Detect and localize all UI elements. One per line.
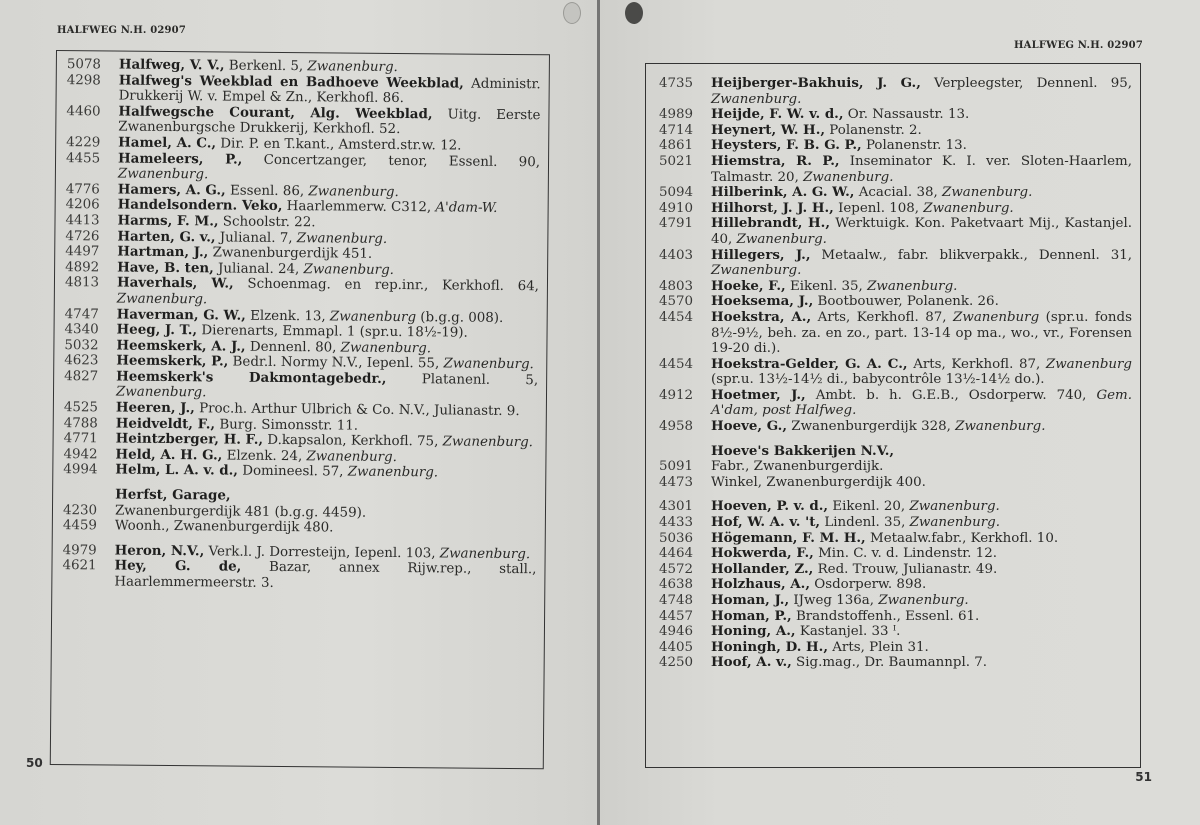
entry-text: Hoekstra-Gelder, G. A. C., Arts, Kerkhof… <box>711 357 1132 388</box>
entry-text: Hillebrandt, H., Werktuigk. Kon. Paketva… <box>711 216 1132 247</box>
entry-place: Zwanenburg. <box>923 201 1013 216</box>
directory-entry: 4748Homan, J., IJweg 136a, Zwanenburg. <box>659 593 1132 609</box>
phone-number: 4726 <box>65 229 117 245</box>
subscriber-name: Homan, P., <box>711 608 792 624</box>
directory-entry: 4958Hoeve, G., Zwanenburgerdijk 328, Zwa… <box>659 419 1132 435</box>
phone-number: 4229 <box>66 135 118 151</box>
entry-place: Zwanenburg. <box>440 546 530 562</box>
phone-number: 4433 <box>659 515 711 531</box>
phone-number: 4912 <box>659 388 711 404</box>
entry-text: Hoeke, F., Eikenl. 35, Zwanenburg. <box>711 279 1132 295</box>
subscriber-name: Hoeksema, J., <box>711 293 813 309</box>
phone-number: 4301 <box>659 499 711 515</box>
entry-text: Heemskerk's Dakmontagebedr., Platanenl. … <box>116 369 538 404</box>
entry-detail: Min. C. v. d. Lindenstr. 12. <box>818 546 997 561</box>
subscriber-name: Hamers, A. G., <box>118 181 226 198</box>
entry-text: Heysters, F. B. G. P., Polanenstr. 13. <box>711 138 1132 154</box>
page-number: 50 <box>26 756 43 770</box>
running-head: HALFWEG N.H. 02907 <box>57 25 186 36</box>
subscriber-name: Hey, G. de, <box>114 558 241 575</box>
entry-text: Hiemstra, R. P., Inseminator K. I. ver. … <box>711 154 1132 185</box>
phone-number: 4230 <box>63 503 115 519</box>
subscriber-name: Hillebrandt, H., <box>711 215 830 231</box>
entry-place: Zwanenburg <box>330 309 416 325</box>
subscriber-name: Hoekstra, A., <box>711 309 811 325</box>
entry-place: Zwanenburg <box>1046 357 1132 372</box>
phone-number: 4623 <box>64 353 116 369</box>
entry-detail: Red. Trouw, Julianastr. 49. <box>818 562 998 577</box>
entry-text: Halfwegsche Courant, Alg. Weekblad, Uitg… <box>118 104 540 139</box>
entry-detail: Burg. Simonsstr. 11. <box>219 417 358 433</box>
entry-detail: Polanenstr. 13. <box>866 138 967 153</box>
entry-detail: Lindenl. 35, <box>824 515 905 530</box>
entry-place: Zwanenburg. <box>348 465 438 481</box>
directory-entry: 4454Hoekstra-Gelder, G. A. C., Arts, Ker… <box>659 357 1132 388</box>
phone-number: 4788 <box>64 416 116 432</box>
entry-place: Zwanenburg. <box>341 340 431 356</box>
running-head: HALFWEG N.H. 02907 <box>1014 40 1143 51</box>
subscriber-name: Honingh, D. H., <box>711 639 828 655</box>
entry-text: Hoekstra, A., Arts, Kerkhofl. 87, Zwanen… <box>711 310 1132 357</box>
subscriber-name: Held, A. H. G., <box>115 446 222 463</box>
entry-place: Zwanenburg. <box>803 170 893 185</box>
phone-number: 4572 <box>659 562 711 578</box>
entry-detail: Zwanenburgerdijk 481 (b.g.g. 4459). <box>115 503 366 520</box>
directory-entry: 4464Hokwerda, F., Min. C. v. d. Lindenst… <box>659 546 1132 562</box>
entry-place: Zwanenburg. <box>942 185 1032 200</box>
subscriber-name: Hilberink, A. G. W., <box>711 184 854 200</box>
group-heading-row: Hoeve's Bakkerijen N.V., <box>659 444 1132 460</box>
punch-hole-icon <box>563 2 581 24</box>
phone-number: 4771 <box>64 431 116 447</box>
phone-number: 4497 <box>65 244 117 260</box>
directory-entry: 4405Honingh, D. H., Arts, Plein 31. <box>659 640 1132 656</box>
entry-detail: Eikenl. 20, <box>832 499 905 514</box>
subscriber-name: Heijde, F. W. v. d., <box>711 106 844 122</box>
entry-place: Zwanenburg <box>953 310 1039 325</box>
entry-detail: Acacial. 38, <box>859 185 938 200</box>
entry-place: Zwanenburg. <box>909 499 999 514</box>
entry-text: Winkel, Zwanenburgerdijk 400. <box>711 475 1132 491</box>
subscriber-name: Hamel, A. C., <box>118 135 216 152</box>
entry-text: Fabr., Zwanenburgerdijk. <box>711 459 1132 475</box>
phone-number: 5078 <box>67 57 119 73</box>
entry-text: Haverhals, W., Schoenmag. en rep.inr., K… <box>117 276 539 311</box>
entry-detail: Woonh., Zwanenburgerdijk 480. <box>115 519 334 536</box>
directory-entry: 4912Hoetmer, J., Ambt. b. h. G.E.B., Osd… <box>659 388 1132 419</box>
subscriber-name: Hollander, Z., <box>711 561 813 577</box>
entry-text: Hilhorst, J. J. H., Iepenl. 108, Zwanenb… <box>711 201 1132 217</box>
entry-detail: Arts, Plein 31. <box>832 640 929 655</box>
entry-detail: Julianal. 24, <box>218 261 299 277</box>
entry-place: Zwanenburg. <box>118 167 208 183</box>
entry-text: Helm, L. A. v. d., Domineesl. 57, Zwanen… <box>115 463 537 482</box>
phone-number: 5094 <box>659 185 711 201</box>
entry-detail: D.kapsalon, Kerkhofl. 75, <box>267 433 438 449</box>
phone-number: 4803 <box>659 279 711 295</box>
subscriber-name: Hilhorst, J. J. H., <box>711 200 834 216</box>
entry-place: Zwanenburg. <box>711 263 801 278</box>
entry-detail: Brandstoffenh., Essenl. 61. <box>796 609 979 624</box>
phone-number: 4748 <box>659 593 711 609</box>
subscriber-name: Högemann, F. M. H., <box>711 530 866 546</box>
phone-number: 4405 <box>659 640 711 656</box>
entry-place: Zwanenburg. <box>307 59 397 75</box>
directory-entry: 4572Hollander, Z., Red. Trouw, Julianast… <box>659 562 1132 578</box>
directory-entry: 4301Hoeven, P. v. d., Eikenl. 20, Zwanen… <box>659 499 1132 515</box>
phone-number: 4979 <box>63 543 115 559</box>
phone-number: 4813 <box>65 275 117 291</box>
entry-text: Hoeven, P. v. d., Eikenl. 20, Zwanenburg… <box>711 499 1132 515</box>
entry-detail: Ambt. b. h. G.E.B., Osdorperw. 740, <box>816 388 1087 403</box>
subscriber-name: Helm, L. A. v. d., <box>115 462 238 479</box>
group-heading: Hoeve's Bakkerijen N.V., <box>711 444 1132 460</box>
book-spread: HALFWEG N.H. 02907 5078Halfweg, V. V., B… <box>0 0 1200 825</box>
entry-place: Zwanenburg. <box>955 419 1045 434</box>
entry-place: Zwanenburg. <box>117 291 207 307</box>
entry-detail: Dir. P. en T.kant., Amsterd.str.w. 12. <box>220 136 461 153</box>
entry-place: Zwanenburg. <box>443 357 533 373</box>
entry-place: Zwanenburg. <box>304 262 394 278</box>
phone-number: 4776 <box>66 182 118 198</box>
entry-place: Zwanenburg. <box>443 435 533 451</box>
subscriber-name: Honing, A., <box>711 623 796 639</box>
entry-place: A'dam-W. <box>435 201 497 217</box>
entry-text: Heijberger-Bakhuis, J. G., Verpleegster,… <box>711 76 1132 107</box>
directory-entry: 4803Hoeke, F., Eikenl. 35, Zwanenburg. <box>659 279 1132 295</box>
entry-text: Hof, W. A. v. 't, Lindenl. 35, Zwanenbur… <box>711 515 1132 531</box>
entry-text: Högemann, F. M. H., Metaalw.fabr., Kerkh… <box>711 531 1132 547</box>
directory-entry: 4638Holzhaus, A., Osdorperw. 898. <box>659 577 1132 593</box>
subscriber-name: Heemskerk, A. J., <box>116 337 245 354</box>
entry-text: Heynert, W. H., Polanenstr. 2. <box>711 123 1132 139</box>
entry-text: Hillegers, J., Metaalw., fabr. blikverpa… <box>711 248 1132 279</box>
directory-entry: 4994Helm, L. A. v. d., Domineesl. 57, Zw… <box>63 463 537 483</box>
entry-detail: Concertzanger, tenor, Essenl. 90, <box>264 152 541 169</box>
entry-detail: Schoolstr. 22. <box>223 214 316 230</box>
directory-entry: 4454Hoekstra, A., Arts, Kerkhofl. 87, Zw… <box>659 310 1132 357</box>
binding-gutter <box>597 0 600 825</box>
directory-entry: 4403Hillegers, J., Metaalw., fabr. blikv… <box>659 248 1132 279</box>
subscriber-name: Heysters, F. B. G. P., <box>711 137 862 153</box>
entry-detail: IJweg 136a, <box>793 593 874 608</box>
directory-entry: 5091Fabr., Zwanenburgerdijk. <box>659 459 1132 475</box>
entry-text: Hoetmer, J., Ambt. b. h. G.E.B., Osdorpe… <box>711 388 1132 419</box>
entry-detail: Fabr., Zwanenburgerdijk. <box>711 459 883 474</box>
entry-text: Woonh., Zwanenburgerdijk 480. <box>115 519 537 538</box>
entry-text: Hoeve, G., Zwanenburgerdijk 328, Zwanenb… <box>711 419 1132 435</box>
phone-number: 4910 <box>659 201 711 217</box>
entry-place: Zwanenburg. <box>297 231 387 247</box>
phone-number: 4714 <box>659 123 711 139</box>
directory-box: 5078Halfweg, V. V., Berkenl. 5, Zwanenbu… <box>50 50 550 769</box>
phone-number: 5032 <box>64 338 116 354</box>
entry-text: Hollander, Z., Red. Trouw, Julianastr. 4… <box>711 562 1132 578</box>
phone-number: 5036 <box>659 531 711 547</box>
entry-text: Hoeksema, J., Bootbouwer, Polanenk. 26. <box>711 294 1132 310</box>
subscriber-name: Heintzberger, H. F., <box>116 431 264 448</box>
subscriber-name: Hoeve, G., <box>711 418 787 434</box>
entry-detail: Metaalw.fabr., Kerkhofl. 10. <box>870 531 1058 546</box>
directory-entry: 4714Heynert, W. H., Polanenstr. 2. <box>659 123 1132 139</box>
subscriber-name: Holzhaus, A., <box>711 576 810 592</box>
right-page: HALFWEG N.H. 02907 4735Heijberger-Bakhui… <box>600 0 1200 825</box>
subscriber-name: Halfwegsche Courant, Alg. Weekblad, <box>118 103 432 122</box>
subscriber-name: Haverman, G. W., <box>117 306 246 323</box>
subscriber-name: Have, B. ten, <box>117 259 214 276</box>
directory-entry: 4433Hof, W. A. v. 't, Lindenl. 35, Zwane… <box>659 515 1132 531</box>
entry-detail: Iepenl. 108, <box>838 201 919 216</box>
entry-detail: Verpleegster, Dennenl. 95, <box>934 76 1132 91</box>
entry-list: 5078Halfweg, V. V., Berkenl. 5, Zwanenbu… <box>62 57 541 594</box>
directory-entry: 5036Högemann, F. M. H., Metaalw.fabr., K… <box>659 531 1132 547</box>
directory-entry: 4989Heijde, F. W. v. d., Or. Nassaustr. … <box>659 107 1132 123</box>
directory-entry: 4570Hoeksema, J., Bootbouwer, Polanenk. … <box>659 294 1132 310</box>
subscriber-name: Heijberger-Bakhuis, J. G., <box>711 75 921 91</box>
entry-text: Honingh, D. H., Arts, Plein 31. <box>711 640 1132 656</box>
directory-entry: 4946Honing, A., Kastanjel. 33 ᴵ. <box>659 624 1132 640</box>
entry-detail: Zwanenburgerdijk 451. <box>213 245 373 261</box>
phone-number: 4460 <box>66 104 118 120</box>
phone-number: 4946 <box>659 624 711 640</box>
phone-number: 4454 <box>659 310 711 326</box>
subscriber-name: Haverhals, W., <box>117 275 234 292</box>
phone-number: 4942 <box>63 447 115 463</box>
subscriber-name: Heeren, J., <box>116 400 195 417</box>
subscriber-name: Hoeven, P. v. d., <box>711 498 828 514</box>
subscriber-name: Heeg, J. T., <box>116 322 197 339</box>
directory-box: 4735Heijberger-Bakhuis, J. G., Verpleegs… <box>645 63 1141 768</box>
entry-suffix: (spr.u. 13½-14½ di., babycontrôle 13½-14… <box>711 372 1045 387</box>
entry-detail: Haarlemmerw. C312, <box>287 199 432 215</box>
phone-number: 4457 <box>659 609 711 625</box>
entry-detail: Essenl. 86, <box>230 183 304 199</box>
phone-number: 4791 <box>659 216 711 232</box>
subscriber-name: Heynert, W. H., <box>711 122 825 138</box>
directory-entry: 4735Heijberger-Bakhuis, J. G., Verpleegs… <box>659 76 1132 107</box>
entry-text: Halfweg's Weekblad en Badhoeve Weekblad,… <box>119 73 541 108</box>
phone-number: 4464 <box>659 546 711 562</box>
entry-text: Hokwerda, F., Min. C. v. d. Lindenstr. 1… <box>711 546 1132 562</box>
entry-detail: Zwanenburgerdijk 328, <box>791 419 951 434</box>
entry-text: Heijde, F. W. v. d., Or. Nassaustr. 13. <box>711 107 1132 123</box>
phone-number: 4989 <box>659 107 711 123</box>
directory-entry: 4459Woonh., Zwanenburgerdijk 480. <box>63 518 537 538</box>
entry-detail: Bootbouwer, Polanenk. 26. <box>818 294 999 309</box>
subscriber-name: Hoetmer, J., <box>711 387 806 403</box>
phone-number: 4454 <box>659 357 711 373</box>
entry-text: Honing, A., Kastanjel. 33 ᴵ. <box>711 624 1132 640</box>
subscriber-name: Hameleers, P., <box>118 150 242 167</box>
entry-detail: Polanenstr. 2. <box>829 123 921 138</box>
phone-number: 4747 <box>65 307 117 323</box>
entry-detail: Eikenl. 35, <box>790 279 863 294</box>
phone-number: 4403 <box>659 248 711 264</box>
phone-number: 4638 <box>659 577 711 593</box>
entry-text: Homan, P., Brandstoffenh., Essenl. 61. <box>711 609 1132 625</box>
punch-hole-icon <box>625 2 643 24</box>
phone-number: 4298 <box>67 73 119 89</box>
directory-entry: 4250Hoof, A. v., Sig.mag., Dr. Baumannpl… <box>659 655 1132 671</box>
entry-detail: Arts, Kerkhofl. 87, <box>818 310 947 325</box>
subscriber-name: Hillegers, J., <box>711 247 810 263</box>
phone-number: 4340 <box>64 322 116 338</box>
subscriber-name: Halfweg, V. V., <box>119 57 225 74</box>
subscriber-name: Homan, J., <box>711 592 789 608</box>
directory-entry: 4473Winkel, Zwanenburgerdijk 400. <box>659 475 1132 491</box>
entry-detail: Metaalw., fabr. blikverpakk., Dennenl. 3… <box>821 248 1132 263</box>
entry-detail: Platanenl. 5, <box>422 372 539 388</box>
entry-detail: Elzenk. 13, <box>250 308 326 324</box>
phone-number: 5021 <box>659 154 711 170</box>
entry-list: 4735Heijberger-Bakhuis, J. G., Verpleegs… <box>659 76 1132 671</box>
phone-number: 4570 <box>659 294 711 310</box>
entry-detail: Osdorperw. 898. <box>814 577 926 592</box>
entry-text: Homan, J., IJweg 136a, Zwanenburg. <box>711 593 1132 609</box>
phone-number: 4525 <box>64 400 116 416</box>
entry-suffix: (b.g.g. 008). <box>416 310 503 326</box>
subscriber-name: Hof, W. A. v. 't, <box>711 514 820 530</box>
entry-detail: Berkenl. 5, <box>229 59 304 75</box>
page-number: 51 <box>1135 770 1152 784</box>
subscriber-name: Hoeke, F., <box>711 278 786 294</box>
entry-detail: Julianal. 7, <box>220 230 293 246</box>
entry-place: Zwanenburg. <box>737 232 827 247</box>
entry-detail: Verk.l. J. Dorresteijn, Iepenl. 103, <box>208 544 435 561</box>
entry-place: Zwanenburg. <box>867 279 957 294</box>
entry-place: Zwanenburg. <box>116 385 206 401</box>
left-page: HALFWEG N.H. 02907 5078Halfweg, V. V., B… <box>0 0 600 825</box>
subscriber-name: Hoof, A. v., <box>711 654 792 670</box>
phone-number: 4958 <box>659 419 711 435</box>
entry-detail: Sig.mag., Dr. Baumannpl. 7. <box>796 655 987 670</box>
subscriber-name: Harten, G. v., <box>117 228 215 245</box>
phone-number: 4861 <box>659 138 711 154</box>
phone-number: 4459 <box>63 518 115 534</box>
entry-text: Hameleers, P., Concertzanger, tenor, Ess… <box>118 151 540 186</box>
phone-number: 4250 <box>659 655 711 671</box>
directory-entry: 4861Heysters, F. B. G. P., Polanenstr. 1… <box>659 138 1132 154</box>
entry-text: Hoof, A. v., Sig.mag., Dr. Baumannpl. 7. <box>711 655 1132 671</box>
entry-place: Zwanenburg. <box>306 449 396 465</box>
entry-text: Hilberink, A. G. W., Acacial. 38, Zwanen… <box>711 185 1132 201</box>
entry-detail: Winkel, Zwanenburgerdijk 400. <box>711 475 926 490</box>
directory-entry: 4457Homan, P., Brandstoffenh., Essenl. 6… <box>659 609 1132 625</box>
phone-number: 5091 <box>659 459 711 475</box>
subscriber-name: Hoekstra-Gelder, G. A. C., <box>711 356 908 372</box>
subscriber-name: Hokwerda, F., <box>711 545 814 561</box>
directory-entry: 5094Hilberink, A. G. W., Acacial. 38, Zw… <box>659 185 1132 201</box>
directory-entry: 4621Hey, G. de, Bazar, annex Rijw.rep., … <box>62 558 536 593</box>
entry-detail: Kastanjel. 33 ᴵ. <box>800 624 901 639</box>
entry-place: Zwanenburg. <box>910 515 1000 530</box>
directory-entry: 4791Hillebrandt, H., Werktuigk. Kon. Pak… <box>659 216 1132 247</box>
directory-entry: 4910Hilhorst, J. J. H., Iepenl. 108, Zwa… <box>659 201 1132 217</box>
phone-number: 4892 <box>65 260 117 276</box>
entry-detail: Arts, Kerkhofl. 87, <box>913 357 1040 372</box>
entry-detail: Elzenk. 24, <box>227 448 303 464</box>
entry-detail: Dennenl. 80, <box>250 339 337 355</box>
phone-number: 4413 <box>65 213 117 229</box>
entry-text: Holzhaus, A., Osdorperw. 898. <box>711 577 1132 593</box>
entry-detail: Or. Nassaustr. 13. <box>848 107 969 122</box>
phone-number: 4621 <box>62 558 114 574</box>
phone-number: 4735 <box>659 76 711 92</box>
directory-entry: 5021Hiemstra, R. P., Inseminator K. I. v… <box>659 154 1132 185</box>
entry-text: Hey, G. de, Bazar, annex Rijw.rep., stal… <box>114 559 536 594</box>
subscriber-name: Heidveldt, F., <box>116 415 216 432</box>
entry-place: Zwanenburg. <box>878 593 968 608</box>
phone-number: 4455 <box>66 151 118 167</box>
subscriber-name: Heemskerk, P., <box>116 353 228 370</box>
subscriber-name: Hiemstra, R. P., <box>711 153 840 169</box>
subscriber-name: Hartman, J., <box>117 244 208 261</box>
phone-number: 4827 <box>64 369 116 385</box>
phone-number: 4994 <box>63 463 115 479</box>
subscriber-name: Harms, F. M., <box>117 212 218 229</box>
entry-detail: Schoenmag. en rep.inr., Kerkhofl. 64, <box>247 277 539 295</box>
entry-detail: Domineesl. 57, <box>242 464 343 480</box>
phone-number: 4206 <box>66 197 118 213</box>
subscriber-name: Heron, N.V., <box>115 542 205 559</box>
entry-place: Zwanenburg. <box>308 184 398 200</box>
entry-place: Zwanenburg. <box>711 92 801 107</box>
subscriber-name: Heemskerk's Dakmontagebedr., <box>116 368 386 386</box>
phone-number: 4473 <box>659 475 711 491</box>
